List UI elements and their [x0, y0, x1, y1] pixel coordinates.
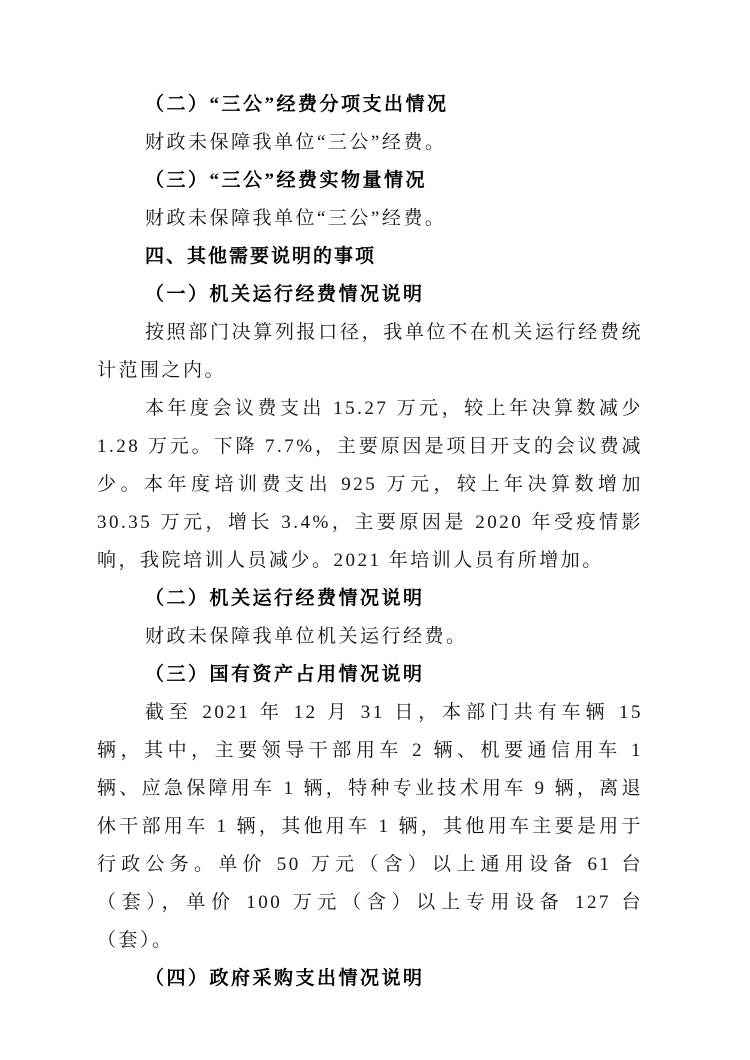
paragraph: 财政未保障我单位“三公”经费。	[97, 124, 643, 162]
subsection-heading: （二）机关运行经费情况说明	[97, 580, 643, 618]
document-page: （二）“三公”经费分项支出情况财政未保障我单位“三公”经费。（三）“三公”经费实…	[0, 0, 750, 1060]
subsection-heading: （四）政府采购支出情况说明	[97, 960, 643, 998]
paragraph: 本年度会议费支出 15.27 万元，较上年决算数减少 1.28 万元。下降 7.…	[97, 390, 643, 580]
paragraph: 截至 2021 年 12 月 31 日，本部门共有车辆 15 辆，其中，主要领导…	[97, 694, 643, 960]
document-content: （二）“三公”经费分项支出情况财政未保障我单位“三公”经费。（三）“三公”经费实…	[97, 86, 643, 998]
subsection-heading: （三）“三公”经费实物量情况	[97, 162, 643, 200]
section-heading: 四、其他需要说明的事项	[97, 238, 643, 276]
paragraph: 财政未保障我单位机关运行经费。	[97, 618, 643, 656]
paragraph: 按照部门决算列报口径，我单位不在机关运行经费统计范围之内。	[97, 314, 643, 390]
subsection-heading: （一）机关运行经费情况说明	[97, 276, 643, 314]
subsection-heading: （三）国有资产占用情况说明	[97, 656, 643, 694]
subsection-heading: （二）“三公”经费分项支出情况	[97, 86, 643, 124]
paragraph: 财政未保障我单位“三公”经费。	[97, 200, 643, 238]
